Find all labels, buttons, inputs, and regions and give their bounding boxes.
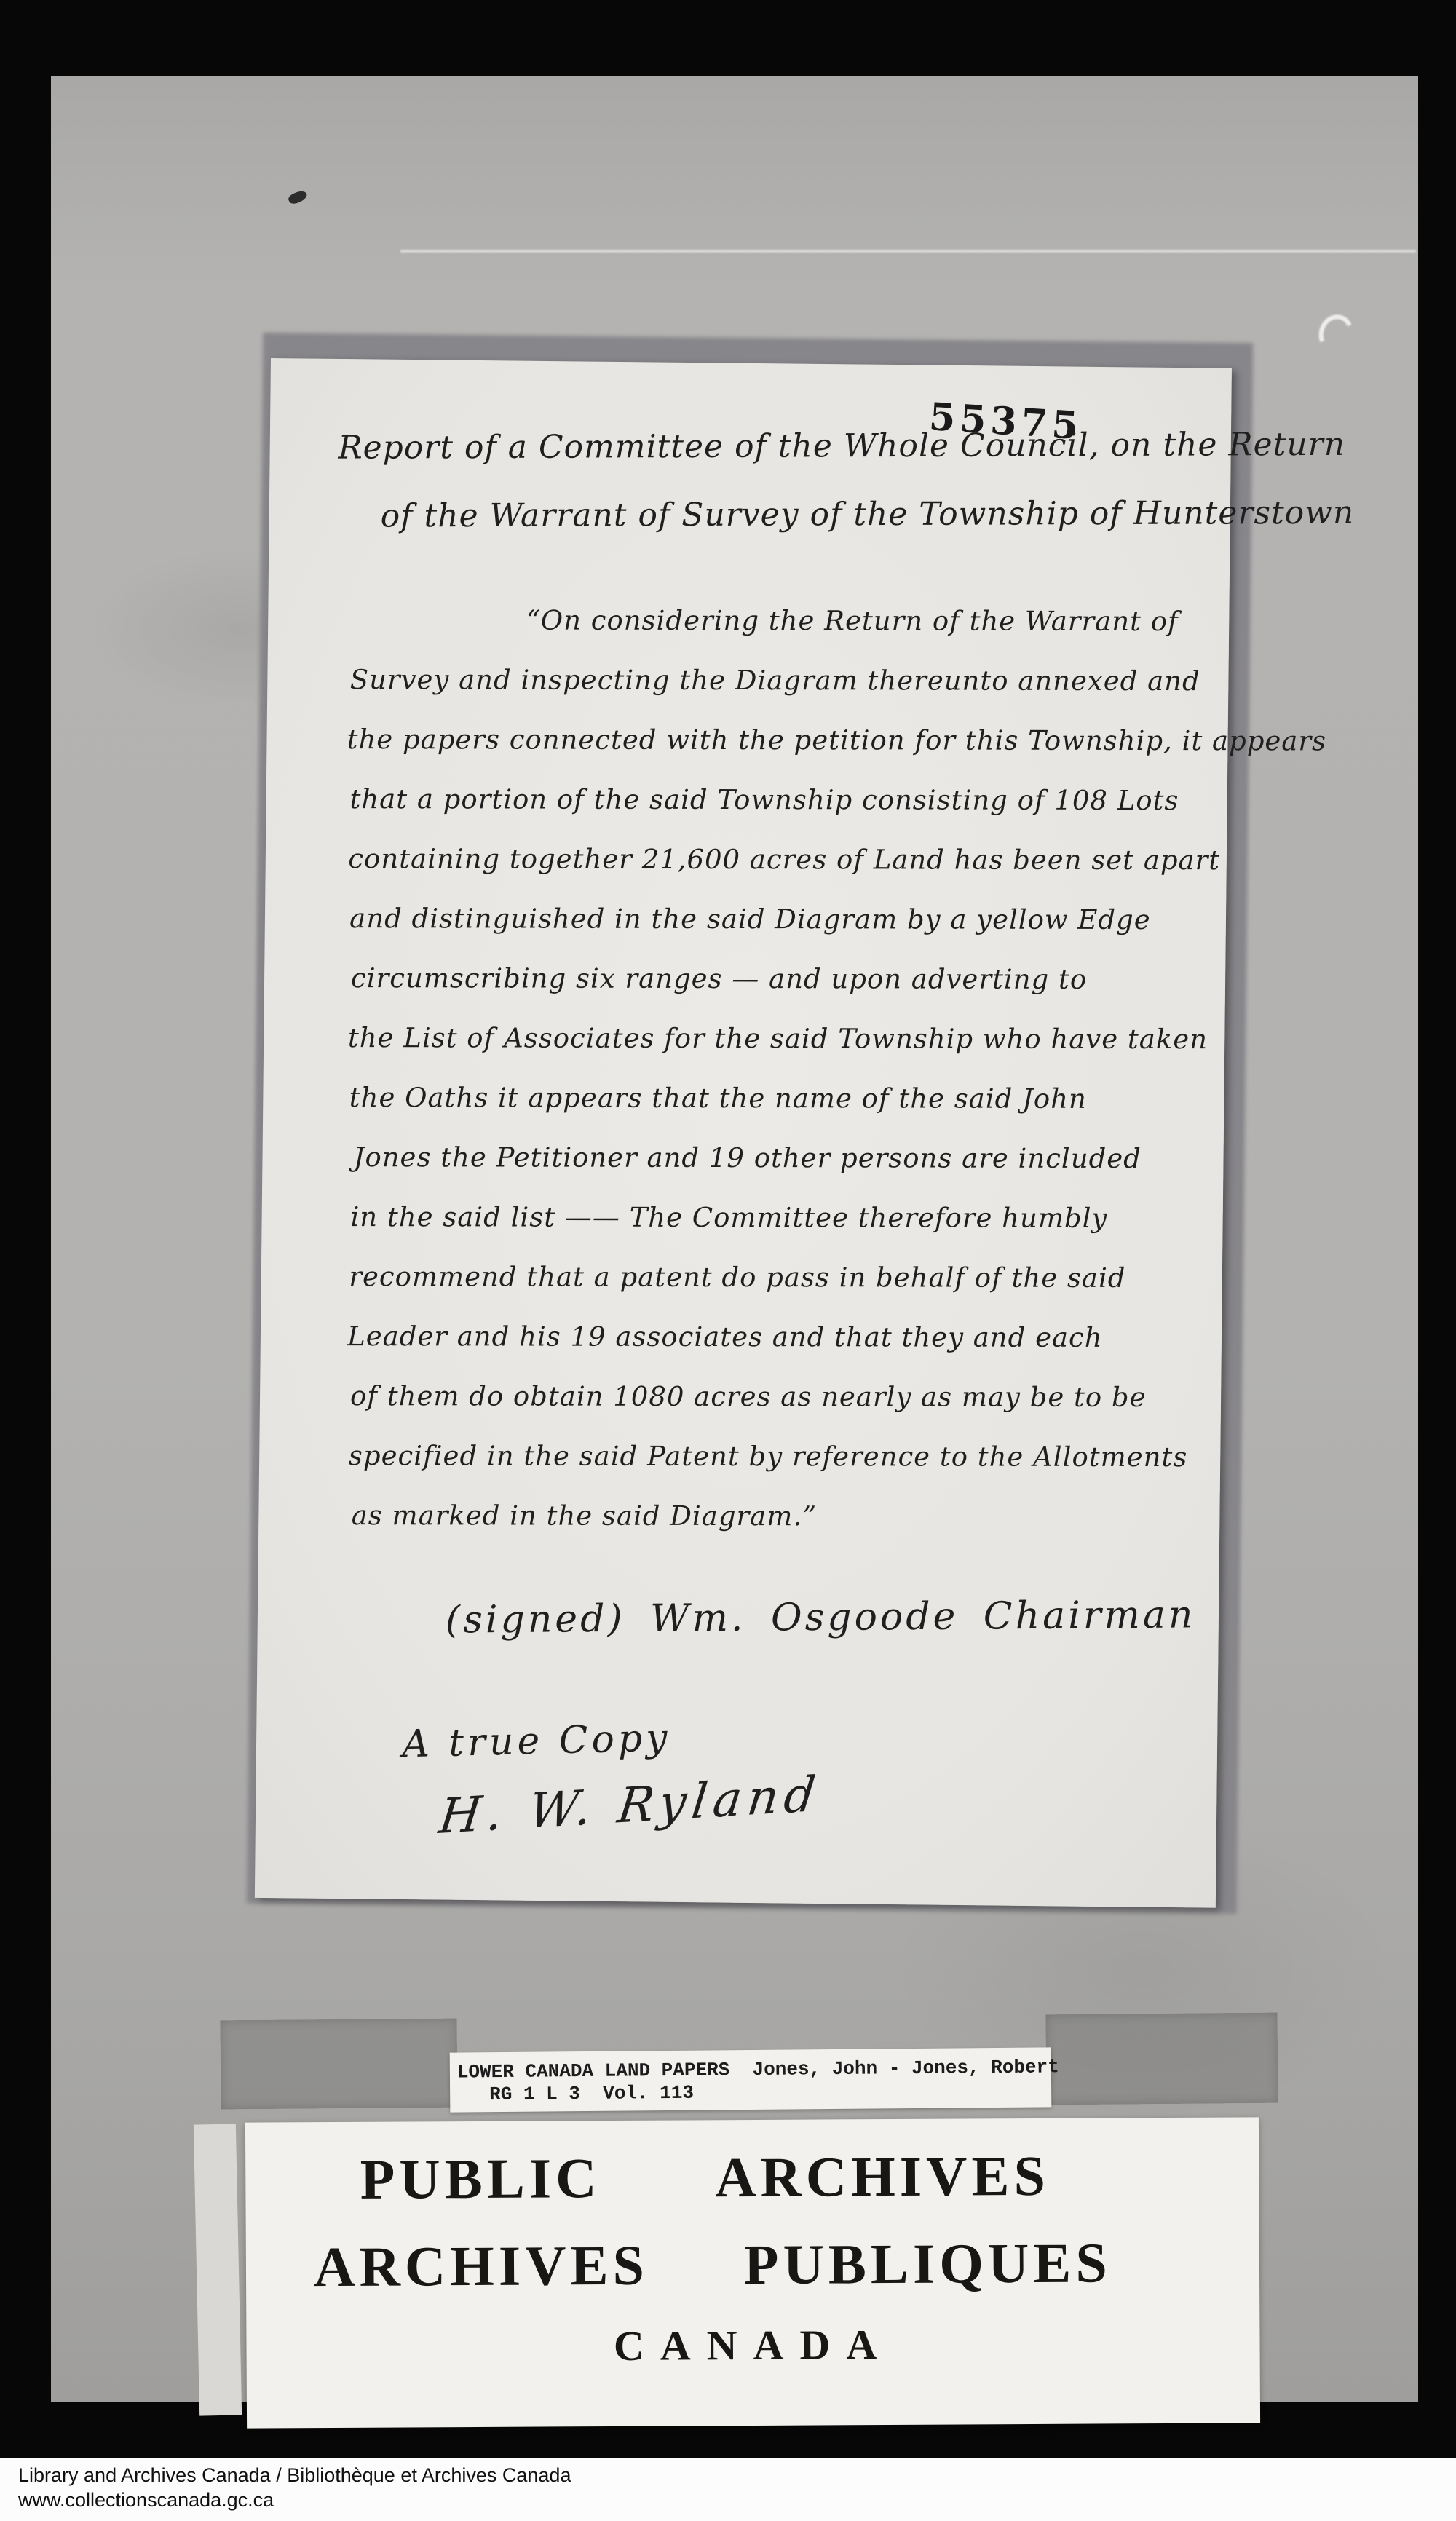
chairman-signature-line: (signed) Wm. Osgoode Chairman	[446, 1593, 1196, 1642]
footer-url: www.collectionscanada.gc.ca	[18, 2489, 274, 2512]
handwritten-line: of them do obtain 1080 acres as nearly a…	[350, 1380, 1147, 1413]
handwritten-line: Jones the Petitioner and 19 other person…	[354, 1141, 1142, 1174]
public-archives-stamp: PUBLIC ARCHIVES ARCHIVES PUBLIQUES CANAD…	[245, 2117, 1260, 2428]
tape-strip	[220, 2019, 457, 2110]
footer-institution-line: Library and Archives Canada / Bibliothèq…	[18, 2464, 571, 2487]
backdrop-paper-edge	[400, 250, 1416, 253]
lac-footer-bar: Library and Archives Canada / Bibliothèq…	[0, 2458, 1456, 2521]
handwritten-line: circumscribing six ranges — and upon adv…	[351, 962, 1087, 995]
handwritten-line: as marked in the said Diagram.”	[352, 1500, 817, 1532]
handwritten-line: Survey and inspecting the Diagram thereu…	[350, 664, 1200, 697]
true-copy-note: A true Copy	[401, 1716, 671, 1766]
handwritten-line: “On considering the Return of the Warran…	[526, 605, 1179, 638]
stamp-line-french: ARCHIVES PUBLIQUES	[246, 2229, 1259, 2300]
handwritten-line: Leader and his 19 associates and that th…	[347, 1321, 1102, 1353]
handwritten-line: and distinguished in the said Diagram by…	[349, 903, 1151, 935]
backing-paper	[194, 2124, 242, 2415]
tape-strip	[1045, 2013, 1278, 2105]
handwritten-line: containing together 21,600 acres of Land…	[348, 843, 1220, 876]
ink-fleck	[287, 189, 308, 206]
label-reference-line: RG 1 L 3 Vol. 113	[450, 2078, 1051, 2106]
white-scratch-mark	[1313, 310, 1358, 357]
handwritten-line: the List of Associates for the said Town…	[348, 1022, 1208, 1055]
stamp-line-english: PUBLIC ARCHIVES	[245, 2142, 1259, 2212]
handwritten-line: recommend that a patent do pass in behal…	[349, 1261, 1125, 1294]
handwritten-line: that a portion of the said Township cons…	[349, 783, 1179, 816]
document-page: 55375 Report of a Committee of the Whole…	[255, 358, 1232, 1908]
archive-reference-label: LOWER CANADA LAND PAPERS Jones, John - J…	[450, 2047, 1052, 2112]
handwritten-line: specified in the said Patent by referenc…	[349, 1440, 1187, 1473]
stamp-line-canada: CANADA	[246, 2318, 1259, 2372]
scanned-archive-photo: 55375 Report of a Committee of the Whole…	[0, 0, 1456, 2521]
document-body: “On considering the Return of the Warran…	[255, 358, 1219, 1899]
handwritten-line: the papers connected with the petition f…	[347, 724, 1327, 756]
handwritten-line: the Oaths it appears that the name of th…	[349, 1082, 1087, 1115]
handwritten-line: in the said list —— The Committee theref…	[350, 1201, 1107, 1234]
